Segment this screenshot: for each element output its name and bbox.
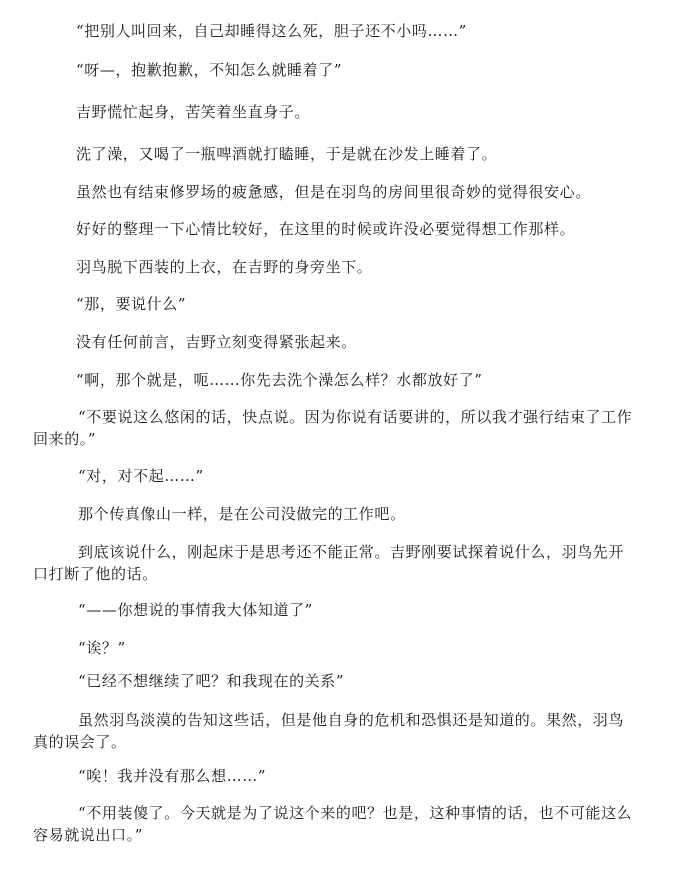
paragraph: 没有任何前言，吉野立刻变得紧张起来。 (76, 331, 656, 353)
paragraph: “——你想说的事情我大体知道了” (33, 599, 633, 621)
paragraph: “不用装傻了。今天就是为了说这个来的吧？也是，这种事情的话，也不可能这么容易就说… (33, 802, 633, 846)
paragraph: “诶？” (33, 637, 633, 659)
paragraph: “唉！我并没有那么想……” (33, 765, 633, 787)
paragraph: 好好的整理一下心情比较好，在这里的时候或许没必要觉得想工作那样。 (76, 218, 656, 240)
paragraph: 那个传真像山一样，是在公司没做完的工作吧。 (33, 503, 633, 525)
paragraph: “啊，那个就是，呃……你先去洗个澡怎么样？水都放好了” (76, 369, 656, 391)
paragraph: “已经不想继续了吧？和我现在的关系” (33, 670, 633, 692)
paragraph: “对，对不起……” (33, 465, 633, 487)
paragraph: 吉野慌忙起身，苦笑着坐直身子。 (76, 101, 656, 123)
paragraph: “不要说这么悠闲的话，快点说。因为你说有话要讲的，所以我才强行结束了工作回来的。… (33, 406, 633, 450)
paragraph: “那，要说什么” (76, 293, 656, 315)
document-page: “把别人叫回来，自己却睡得这么死，胆子还不小吗……” “呀—，抱歉抱歉，不知怎么… (0, 0, 680, 880)
paragraph: “呀—，抱歉抱歉，不知怎么就睡着了” (76, 59, 656, 81)
paragraph: 羽鸟脱下西装的上衣，在吉野的身旁坐下。 (76, 256, 656, 278)
paragraph: 虽然羽鸟淡漠的告知这些话，但是他自身的危机和恐惧还是知道的。果然，羽鸟真的误会了… (33, 709, 633, 753)
paragraph: 到底该说什么，刚起床于是思考还不能正常。吉野刚要试探着说什么，羽鸟先开口打断了他… (33, 541, 633, 585)
paragraph: 洗了澡，又喝了一瓶啤酒就打瞌睡，于是就在沙发上睡着了。 (76, 143, 656, 165)
paragraph: “把别人叫回来，自己却睡得这么死，胆子还不小吗……” (76, 20, 656, 42)
paragraph: 虽然也有结束修罗场的疲惫感，但是在羽鸟的房间里很奇妙的觉得很安心。 (76, 181, 656, 203)
